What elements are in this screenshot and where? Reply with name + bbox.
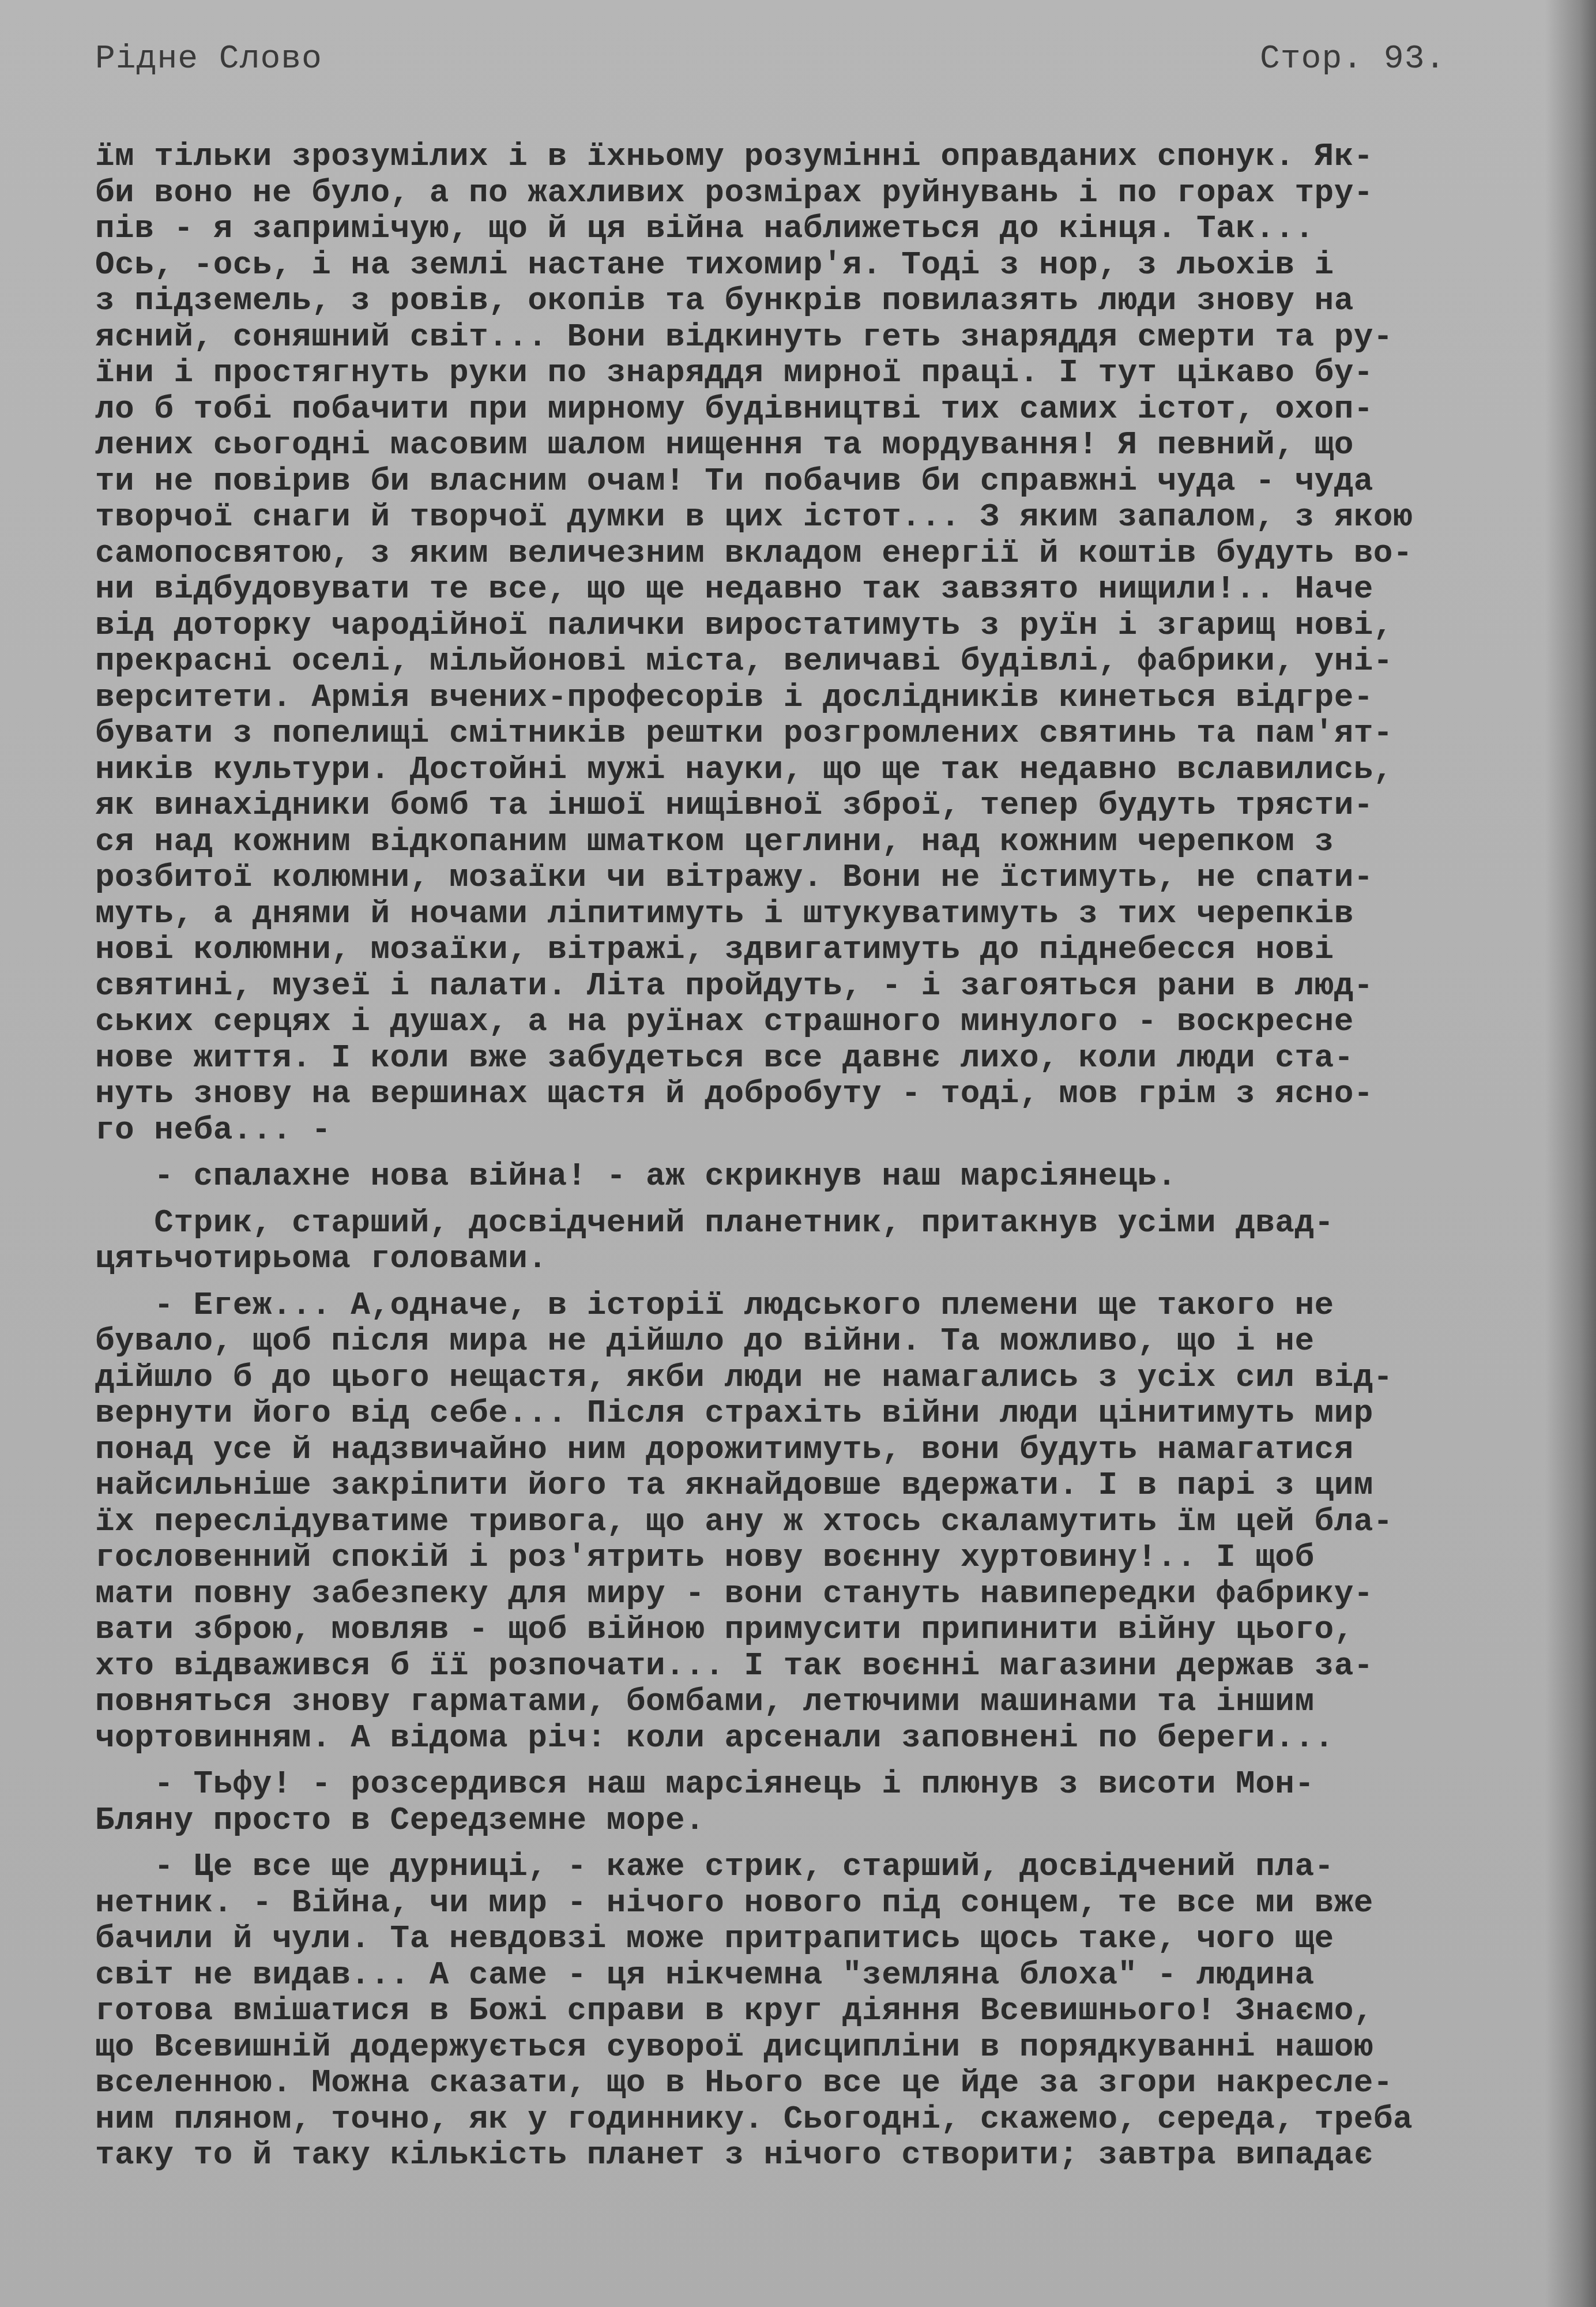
paragraph-gap <box>95 1838 1583 1848</box>
text-line: ників культури. Достойні мужі науки, що … <box>95 752 1583 788</box>
text-line: - Тьфу! - розсердився наш марсіянець і п… <box>95 1766 1583 1802</box>
text-line: святині, музеї і палати. Літа пройдуть, … <box>95 968 1583 1004</box>
text-line: нові колюмни, мозаїки, вітражі, здвигати… <box>95 931 1583 968</box>
text-line: світ не видав... А саме - ця нікчемна "з… <box>95 1957 1583 1993</box>
text-line: що Всевишній додержується суворої дисцип… <box>95 2029 1583 2065</box>
page-header: Рідне Слово Стор. 93. <box>95 40 1596 87</box>
text-line: найсильніше закріпити його та якнайдовше… <box>95 1467 1583 1504</box>
text-line: бувати з попелищі смітників рештки розгр… <box>95 715 1583 752</box>
text-line: ни відбудовувати те все, що ще недавно т… <box>95 571 1583 607</box>
text-line: з підземель, з ровів, окопів та бункрів … <box>95 283 1583 319</box>
paragraph-gap <box>95 1277 1583 1287</box>
text-line: бачили й чули. Та невдовзі може притрапи… <box>95 1921 1583 1957</box>
text-line: ним пляном, точно, як у годиннику. Сього… <box>95 2101 1583 2137</box>
text-line: би воно не було, а по жахливих розмірах … <box>95 175 1583 211</box>
text-line: вселенною. Можна сказати, що в Нього все… <box>95 2065 1583 2101</box>
text-line: бувало, щоб після мира не дійшло до війн… <box>95 1323 1583 1359</box>
text-line: го неба... - <box>95 1112 1583 1148</box>
text-line: пів - я запримічую, що й ця війна наближ… <box>95 211 1583 247</box>
text-line: прекрасні оселі, мільйонові міста, велич… <box>95 643 1583 679</box>
publication-title: Рідне Слово <box>95 40 322 78</box>
text-line: Бляну просто в Середземне море. <box>95 1802 1583 1839</box>
text-line: нетник. - Війна, чи мир - нічого нового … <box>95 1885 1583 1921</box>
text-line: Ось, -ось, і на землі настане тихомир'я.… <box>95 247 1583 283</box>
text-line: ських серцях і душах, а на руїнах страшн… <box>95 1004 1583 1040</box>
text-line: таку то й таку кількість планет з нічого… <box>95 2137 1583 2173</box>
text-line: - Це все ще дурниці, - каже стрик, старш… <box>95 1848 1583 1885</box>
text-line: нове життя. І коли вже забудеться все да… <box>95 1040 1583 1076</box>
paragraph: Стрик, старший, досвідчений планетник, п… <box>95 1205 1583 1277</box>
text-line: мати повну забезпеку для миру - вони ста… <box>95 1576 1583 1612</box>
text-line: чортовинням. А відома річ: коли арсенали… <box>95 1720 1583 1756</box>
typewritten-page: Рідне Слово Стор. 93. їм тільки зрозуміл… <box>0 0 1596 2307</box>
body-text: їм тільки зрозумілих і в їхньому розумін… <box>95 138 1583 2173</box>
text-line: їни і простягнуть руки по знаряддя мирно… <box>95 355 1583 391</box>
text-line: ся над кожним відкопаним шматком цеглини… <box>95 824 1583 860</box>
text-line: ти не повірив би власним очам! Ти побачи… <box>95 463 1583 499</box>
text-line: верситети. Армія вчених-професорів і дос… <box>95 679 1583 716</box>
text-line: їм тільки зрозумілих і в їхньому розумін… <box>95 138 1583 175</box>
text-line: ло б тобі побачити при мирному будівницт… <box>95 391 1583 427</box>
text-line: Стрик, старший, досвідчений планетник, п… <box>95 1205 1583 1241</box>
text-line: творчої снаги й творчої думки в цих істо… <box>95 499 1583 535</box>
text-line: як винахідники бомб та іншої нищівної зб… <box>95 787 1583 824</box>
opening-paragraph: їм тільки зрозумілих і в їхньому розумін… <box>95 138 1583 1148</box>
text-line: муть, а днями й ночами ліпитимуть і штук… <box>95 896 1583 932</box>
text-line: - спалахне нова війна! - аж скрикнув наш… <box>95 1158 1583 1194</box>
text-line: готова вмішатися в Божі справи в круг ді… <box>95 1993 1583 2029</box>
text-line: від доторку чародійної палички виростати… <box>95 607 1583 644</box>
text-line: повняться знову гарматами, бомбами, летю… <box>95 1684 1583 1720</box>
text-line: розбитої колюмни, мозаїки чи вітражу. Во… <box>95 859 1583 896</box>
paragraph-gap <box>95 1148 1583 1158</box>
text-line: - Егеж... А,одначе, в історії людського … <box>95 1287 1583 1324</box>
text-line: хто відважився б її розпочати... І так в… <box>95 1648 1583 1684</box>
paragraph-gap <box>95 1756 1583 1766</box>
text-line: цятьчотирьома головами. <box>95 1241 1583 1277</box>
paragraph: - Це все ще дурниці, - каже стрик, старш… <box>95 1848 1583 2173</box>
paragraph: - спалахне нова війна! - аж скрикнув наш… <box>95 1158 1583 1194</box>
text-line: вернути його від себе... Після страхіть … <box>95 1395 1583 1431</box>
text-line: вати зброю, мовляв - щоб війною примусит… <box>95 1611 1583 1648</box>
text-line: понад усе й надзвичайно ним дорожитимуть… <box>95 1431 1583 1468</box>
text-line: лених сьогодні масовим шалом нищення та … <box>95 427 1583 463</box>
paragraph: - Егеж... А,одначе, в історії людського … <box>95 1287 1583 1756</box>
paragraph: - Тьфу! - розсердився наш марсіянець і п… <box>95 1766 1583 1838</box>
text-line: їх переслідуватиме тривога, що ану ж хто… <box>95 1504 1583 1540</box>
text-line: ясний, соняшний світ... Вони відкинуть г… <box>95 319 1583 355</box>
page-number: Стор. 93. <box>1260 40 1446 78</box>
paragraph-gap <box>95 1194 1583 1205</box>
text-line: самопосвятою, з яким величезним вкладом … <box>95 535 1583 572</box>
dialogue-paragraphs: - спалахне нова війна! - аж скрикнув наш… <box>95 1148 1583 2173</box>
text-line: нуть знову на вершинах щастя й добробуту… <box>95 1076 1583 1112</box>
text-line: гословенний спокій і роз'ятрить нову воє… <box>95 1539 1583 1576</box>
text-line: дійшло б до цього нещастя, якби люди не … <box>95 1359 1583 1396</box>
